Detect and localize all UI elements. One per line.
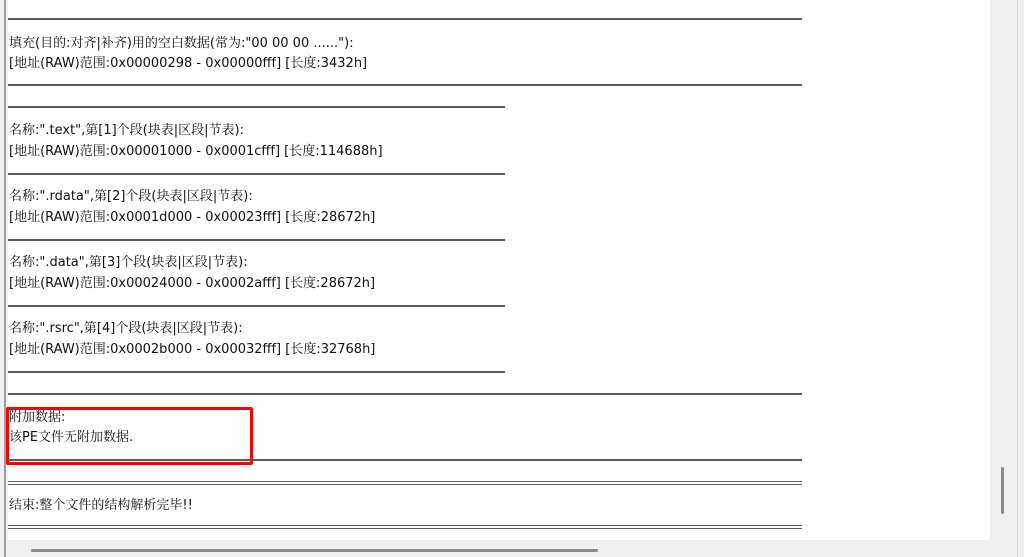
horizontal-scrollbar-thumb[interactable]	[31, 549, 598, 552]
section-separator	[8, 305, 505, 307]
padding-block-range: [地址(RAW)范围:0x00000298 - 0x00000fff] [长度:…	[9, 56, 367, 72]
double-separator-line	[8, 481, 802, 482]
separator-line	[8, 393, 802, 395]
separator-line	[8, 18, 802, 20]
section-separator	[8, 239, 505, 241]
window-right-border	[1017, 0, 1024, 557]
section-2-range: [地址(RAW)范围:0x0001d000 - 0x00023fff] [长度:…	[9, 210, 375, 226]
section-2-title: 名称:".rdata",第[2]个段(块表|区段|节表):	[9, 189, 253, 205]
section-3-range: [地址(RAW)范围:0x00024000 - 0x0002afff] [长度:…	[9, 276, 375, 292]
section-4-title: 名称:".rsrc",第[4]个段(块表|区段|节表):	[9, 321, 243, 337]
section-separator	[8, 106, 505, 108]
window-left-border	[0, 0, 6, 557]
end-message: 结束:整个文件的结构解析完毕!!	[9, 498, 193, 514]
padding-block-title: 填充(目的:对齐|补齐)用的空白数据(常为:"00 00 00 ......")…	[9, 36, 354, 52]
highlight-box	[6, 407, 253, 465]
section-3-title: 名称:".data",第[3]个段(块表|区段|节表):	[9, 255, 248, 271]
double-separator-line	[8, 528, 802, 529]
separator-line	[8, 459, 802, 461]
section-1-title: 名称:".text",第[1]个段(块表|区段|节表):	[9, 123, 244, 139]
double-separator-line	[8, 525, 802, 526]
double-separator-line	[8, 484, 802, 485]
separator-line	[8, 84, 802, 86]
section-separator	[8, 173, 505, 175]
section-1-range: [地址(RAW)范围:0x00001000 - 0x0001cfff] [长度:…	[9, 144, 383, 160]
section-separator	[8, 371, 505, 373]
section-4-range: [地址(RAW)范围:0x0002b000 - 0x00032fff] [长度:…	[9, 342, 375, 358]
vertical-scrollbar-thumb[interactable]	[1001, 467, 1004, 514]
vertical-scrollbar[interactable]	[992, 0, 1017, 557]
